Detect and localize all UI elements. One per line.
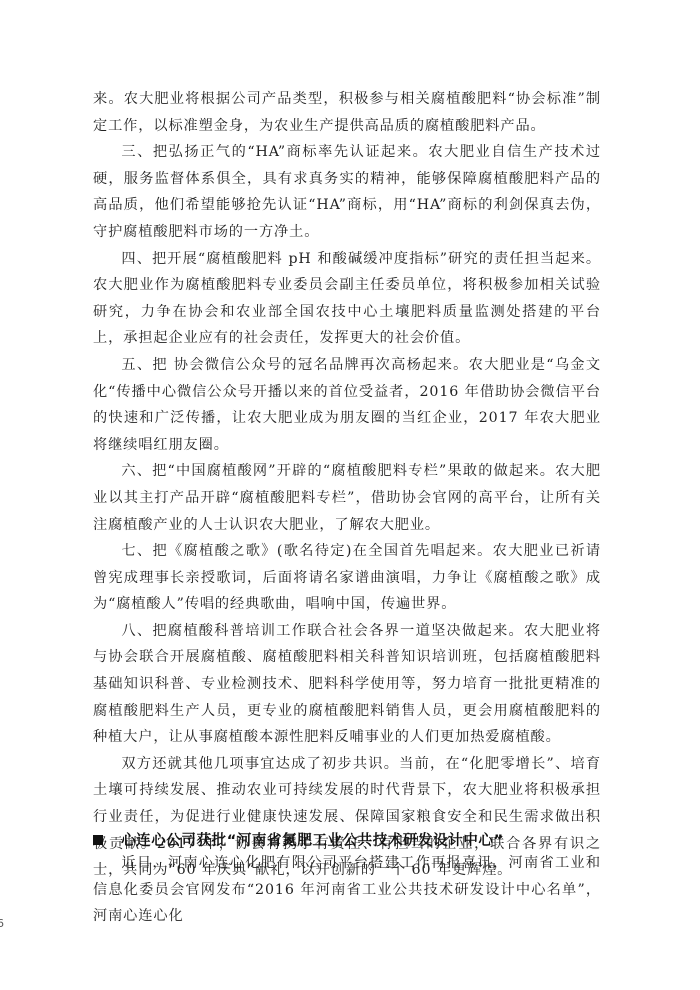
paragraph-8-training: 八、把腐植酸科普培训工作联合社会各界一道坚决做起来。农大肥业将与协会联合开展腐植… [93, 618, 601, 751]
square-bullet-icon [93, 835, 103, 845]
paragraph-5-wechat: 五、把 协会微信公众号的冠名品牌再次高杨起来。农大肥业是“乌金文化“传播中心微信… [93, 352, 601, 458]
article-body: 来。农大肥业将根据公司产品类型，积极参与相关腐植酸肥料“协会标准”制定工作，以标… [93, 86, 601, 884]
paragraph-1: 来。农大肥业将根据公司产品类型，积极参与相关腐植酸肥料“协会标准”制定工作，以标… [93, 86, 601, 139]
section-paragraph-1: 近日，河南心连心化肥有限公司平台搭建工作再报喜讯，河南省工业和信息化委员会官网发… [93, 850, 601, 930]
section-heading-text: 心连心公司获批“河南省氮肥工业公共技术研发设计中心” [121, 833, 504, 849]
paragraph-3-trademark: 三、把弘扬正气的“HA”商标率先认证起来。农大肥业自信生产技术过硬，服务监督体系… [93, 139, 601, 245]
page-number: 6 [0, 917, 4, 930]
paragraph-4-ph-research: 四、把开展“腐植酸肥料 pH 和酸碱缓冲度指标”研究的责任担当起来。农大肥业作为… [93, 246, 601, 352]
paragraph-6-column: 六、把“中国腐植酸网”开辟的“腐植酸肥料专栏”果敢的做起来。农大肥业以其主打产品… [93, 458, 601, 538]
paragraph-7-song: 七、把《腐植酸之歌》(歌名待定)在全国首先唱起来。农大肥业已祈请曾宪成理事长亲授… [93, 538, 601, 618]
section-body: 近日，河南心连心化肥有限公司平台搭建工作再报喜讯，河南省工业和信息化委员会官网发… [93, 850, 601, 930]
